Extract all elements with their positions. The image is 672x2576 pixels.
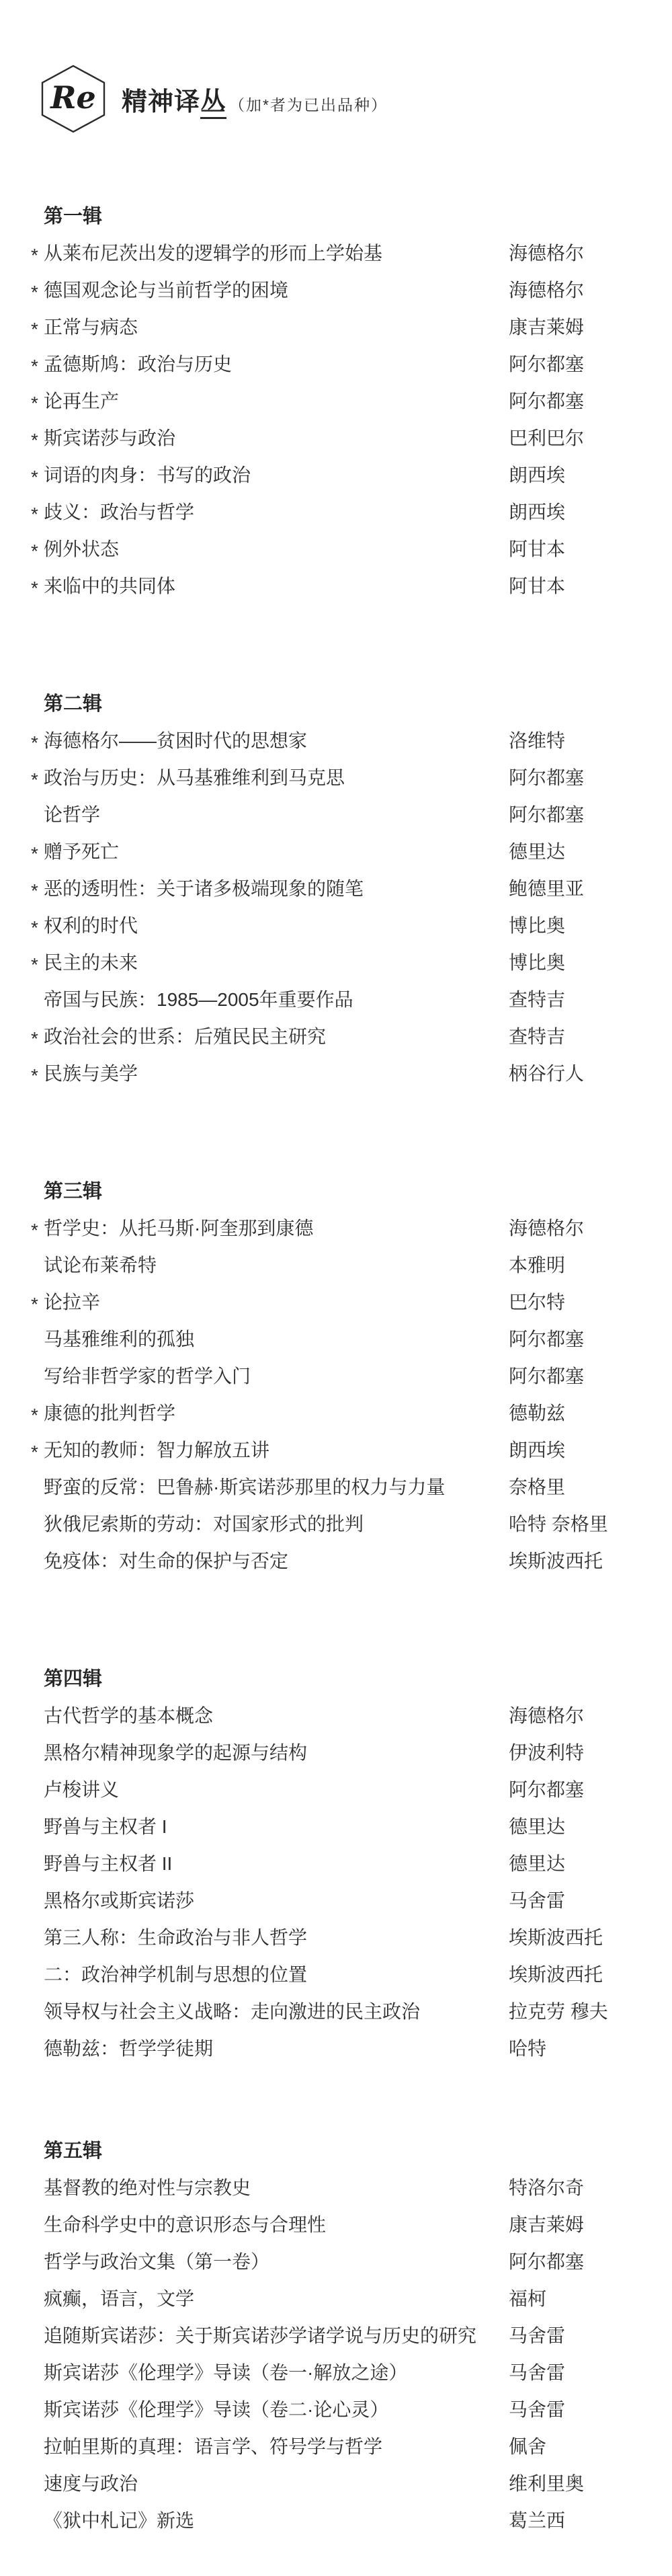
book-title: 二：政治神学机制与思想的位置 (44, 1964, 307, 1985)
book-title: 斯宾诺莎与政治 (44, 428, 175, 448)
book-author: 巴利巴尔 (509, 426, 645, 451)
book-row: 第三人称：生命政治与非人哲学 埃斯波西托 (44, 1926, 645, 1963)
book-author: 朗西埃 (509, 463, 645, 487)
book-title: 疯癫，语言，文学 (44, 2288, 194, 2309)
published-star-marker: * (31, 1403, 38, 1428)
book-author: 巴尔特 (509, 1290, 645, 1315)
book-title: 来临中的共同体 (44, 576, 175, 596)
published-star-marker: * (31, 354, 38, 379)
logo-monogram: Re (41, 65, 106, 133)
book-title-cell: 追随斯宾诺莎：关于斯宾诺莎学诸学说与历史的研究 (44, 2324, 509, 2348)
book-author: 柄谷行人 (509, 1062, 645, 1086)
book-title-cell: * 论拉辛 (44, 1290, 509, 1315)
book-title-cell: 野蛮的反常：巴鲁赫·斯宾诺莎那里的权力与力量 (44, 1475, 509, 1499)
book-title-cell: 帝国与民族：1985—2005年重要作品 (44, 988, 509, 1012)
book-row: * 正常与病态 康吉莱姆 (44, 315, 645, 352)
book-author: 埃斯波西托 (509, 1549, 645, 1573)
book-row: 黑格尔精神现象学的起源与结构 伊波利特 (44, 1741, 645, 1778)
book-row: 斯宾诺莎《伦理学》导读（卷二·论心灵） 马舍雷 (44, 2398, 645, 2435)
book-author: 德勒兹 (509, 1401, 645, 1426)
section-rows: * 从莱布尼茨出发的逻辑学的形而上学始基 海德格尔 * 德国观念论与当前哲学的困… (44, 241, 645, 611)
book-title: 权利的时代 (44, 915, 138, 936)
book-title-cell: 斯宾诺莎《伦理学》导读（卷一·解放之途） (44, 2361, 509, 2385)
book-author: 奈格里 (509, 1475, 645, 1499)
re-hexagon-logo-icon: Re (41, 65, 106, 133)
book-author: 德里达 (509, 1815, 645, 1839)
book-title-cell: 第三人称：生命政治与非人哲学 (44, 1926, 509, 1950)
book-title: 政治社会的世系：后殖民民主研究 (44, 1026, 326, 1047)
published-star-marker: * (31, 1218, 38, 1243)
book-author: 阿甘本 (509, 574, 645, 598)
book-row: * 恶的透明性：关于诸多极端现象的随笔 鲍德里亚 (44, 877, 645, 914)
book-title-cell: 领导权与社会主义战略：走向激进的民主政治 (44, 2000, 509, 2024)
book-row: 写给非哲学家的哲学入门 阿尔都塞 (44, 1364, 645, 1401)
book-row: 哲学与政治文集（第一卷） 阿尔都塞 (44, 2250, 645, 2287)
book-author: 哈特 奈格里 (509, 1512, 645, 1536)
book-title-cell: * 民族与美学 (44, 1062, 509, 1086)
book-author: 阿尔都塞 (509, 2250, 645, 2274)
section-rows: 基督教的绝对性与宗教史 特洛尔奇 生命科学史中的意识形态与合理性 康吉莱姆 哲学… (44, 2176, 645, 2546)
book-row: 免疫体：对生命的保护与否定 埃斯波西托 (44, 1549, 645, 1586)
series-title-underlined: 丛 (200, 88, 226, 119)
book-row: * 赠予死亡 德里达 (44, 840, 645, 877)
book-row: * 歧义：政治与哲学 朗西埃 (44, 500, 645, 537)
book-row: 德勒兹：哲学学徒期 哈特 (44, 2037, 645, 2074)
book-title: 从莱布尼茨出发的逻辑学的形而上学始基 (44, 243, 382, 264)
book-title: 词语的肉身：书写的政治 (44, 465, 251, 485)
book-row: 狄俄尼索斯的劳动：对国家形式的批判 哈特 奈格里 (44, 1512, 645, 1549)
book-title-cell: 论哲学 (44, 803, 509, 827)
book-row: 领导权与社会主义战略：走向激进的民主政治 拉克劳 穆夫 (44, 2000, 645, 2037)
book-author: 海德格尔 (509, 1704, 645, 1728)
book-row: * 无知的教师：智力解放五讲 朗西埃 (44, 1438, 645, 1475)
book-title-cell: * 例外状态 (44, 537, 509, 561)
book-title: 古代哲学的基本概念 (44, 1705, 213, 1726)
book-title-cell: 狄俄尼索斯的劳动：对国家形式的批判 (44, 1512, 509, 1536)
book-title: 民主的未来 (44, 952, 138, 973)
book-title-cell: 写给非哲学家的哲学入门 (44, 1364, 509, 1389)
book-title-cell: 试论布莱希特 (44, 1253, 509, 1278)
published-star-marker: * (31, 953, 38, 977)
book-title: 歧义：政治与哲学 (44, 502, 194, 522)
book-title-cell: 免疫体：对生命的保护与否定 (44, 1549, 509, 1573)
book-title: 恶的透明性：关于诸多极端现象的随笔 (44, 878, 364, 899)
book-title: 斯宾诺莎《伦理学》导读（卷二·论心灵） (44, 2399, 388, 2420)
book-author: 海德格尔 (509, 1216, 645, 1241)
published-star-marker: * (31, 465, 38, 490)
book-author: 阿尔都塞 (509, 803, 645, 827)
published-star-marker: * (31, 842, 38, 866)
book-author: 埃斯波西托 (509, 1926, 645, 1950)
book-title: 试论布莱希特 (44, 1255, 157, 1276)
book-title-cell: 《狱中札记》新选 (44, 2509, 509, 2533)
section-rows: * 海德格尔——贫困时代的思想家 洛维特 * 政治与历史：从马基雅维利到马克思 … (44, 729, 645, 1099)
book-author: 埃斯波西托 (509, 1963, 645, 1987)
book-author: 博比奥 (509, 914, 645, 938)
book-title: 领导权与社会主义战略：走向激进的民主政治 (44, 2001, 420, 2022)
section-rows: * 哲学史：从托马斯·阿奎那到康德 海德格尔 试论布莱希特 本雅明 * 论拉辛 … (44, 1216, 645, 1586)
book-title: 帝国与民族：1985—2005年重要作品 (44, 989, 353, 1010)
book-row: 野蛮的反常：巴鲁赫·斯宾诺莎那里的权力与力量 奈格里 (44, 1475, 645, 1512)
book-title: 例外状态 (44, 539, 119, 559)
book-title: 正常与病态 (44, 317, 138, 338)
series-section: 第五辑 基督教的绝对性与宗教史 特洛尔奇 生命科学史中的意识形态与合理性 康吉莱… (44, 2140, 645, 2546)
book-row: * 康德的批判哲学 德勒兹 (44, 1401, 645, 1438)
published-star-marker: * (31, 280, 38, 305)
book-author: 本雅明 (509, 1253, 645, 1278)
published-star-marker: * (31, 243, 38, 268)
published-star-marker: * (31, 391, 38, 416)
book-title-cell: 拉帕里斯的真理：语言学、符号学与哲学 (44, 2435, 509, 2459)
book-row: 二：政治神学机制与思想的位置 埃斯波西托 (44, 1963, 645, 2000)
book-row: * 从莱布尼茨出发的逻辑学的形而上学始基 海德格尔 (44, 241, 645, 278)
book-author: 阿尔都塞 (509, 766, 645, 790)
book-author: 佩舍 (509, 2435, 645, 2459)
series-section: 第一辑 * 从莱布尼茨出发的逻辑学的形而上学始基 海德格尔 * 德国观念论与当前… (44, 206, 645, 611)
book-author: 阿尔都塞 (509, 1364, 645, 1389)
book-title-cell: 野兽与主权者 II (44, 1852, 509, 1876)
book-row: 疯癫，语言，文学 福柯 (44, 2287, 645, 2324)
book-title-cell: * 权利的时代 (44, 914, 509, 938)
series-title-main: 精神译 (122, 88, 200, 116)
book-title-cell: 古代哲学的基本概念 (44, 1704, 509, 1728)
book-title-cell: 卢梭讲义 (44, 1778, 509, 1802)
published-star-marker: * (31, 317, 38, 342)
book-author: 维利里奥 (509, 2472, 645, 2496)
book-title-cell: 疯癫，语言，文学 (44, 2287, 509, 2311)
book-title: 马基雅维利的孤独 (44, 1329, 194, 1350)
published-star-marker: * (31, 879, 38, 903)
book-title-cell: * 哲学史：从托马斯·阿奎那到康德 (44, 1216, 509, 1241)
book-row: 追随斯宾诺莎：关于斯宾诺莎学诸学说与历史的研究 马舍雷 (44, 2324, 645, 2361)
book-row: 卢梭讲义 阿尔都塞 (44, 1778, 645, 1815)
book-row: * 论再生产 阿尔都塞 (44, 389, 645, 426)
book-title: 生命科学史中的意识形态与合理性 (44, 2214, 326, 2235)
book-title-cell: * 政治与历史：从马基雅维利到马克思 (44, 766, 509, 790)
book-row: * 民族与美学 柄谷行人 (44, 1062, 645, 1099)
series-subtitle-note: （加*者为已出品种） (229, 93, 388, 115)
sections-container: 第一辑 * 从莱布尼茨出发的逻辑学的形而上学始基 海德格尔 * 德国观念论与当前… (44, 206, 645, 2546)
book-author: 阿尔都塞 (509, 389, 645, 414)
book-title: 免疫体：对生命的保护与否定 (44, 1551, 288, 1571)
book-title: 黑格尔或斯宾诺莎 (44, 1890, 194, 1911)
book-title: 写给非哲学家的哲学入门 (44, 1366, 251, 1387)
book-title-cell: * 歧义：政治与哲学 (44, 500, 509, 524)
book-title: 第三人称：生命政治与非人哲学 (44, 1927, 307, 1948)
book-row: 野兽与主权者 II 德里达 (44, 1852, 645, 1889)
book-row: 古代哲学的基本概念 海德格尔 (44, 1704, 645, 1741)
book-title-cell: 基督教的绝对性与宗教史 (44, 2176, 509, 2200)
book-title-cell: * 论再生产 (44, 389, 509, 414)
book-author: 哈特 (509, 2037, 645, 2061)
book-title: 无知的教师：智力解放五讲 (44, 1440, 269, 1460)
book-title: 德国观念论与当前哲学的困境 (44, 280, 288, 301)
book-title-cell: * 从莱布尼茨出发的逻辑学的形而上学始基 (44, 241, 509, 266)
book-title-cell: * 恶的透明性：关于诸多极端现象的随笔 (44, 877, 509, 901)
book-row: * 哲学史：从托马斯·阿奎那到康德 海德格尔 (44, 1216, 645, 1253)
book-row: 拉帕里斯的真理：语言学、符号学与哲学 佩舍 (44, 2435, 645, 2472)
book-title-cell: * 民主的未来 (44, 951, 509, 975)
book-title-cell: * 斯宾诺莎与政治 (44, 426, 509, 451)
series-title: 精神译丛 (122, 81, 226, 118)
book-title: 野兽与主权者 I (44, 1816, 167, 1837)
book-row: * 民主的未来 博比奥 (44, 951, 645, 988)
section-label: 第五辑 (44, 2140, 645, 2162)
book-row: * 来临中的共同体 阿甘本 (44, 574, 645, 611)
book-author: 阿尔都塞 (509, 1778, 645, 1802)
book-author: 特洛尔奇 (509, 2176, 645, 2200)
book-title-cell: * 来临中的共同体 (44, 574, 509, 598)
book-author: 查特吉 (509, 1025, 645, 1049)
book-title-cell: 速度与政治 (44, 2472, 509, 2496)
book-row: 试论布莱希特 本雅明 (44, 1253, 645, 1290)
book-row: 《狱中札记》新选 葛兰西 (44, 2509, 645, 2546)
section-label: 第二辑 (44, 693, 645, 715)
book-title-cell: * 词语的肉身：书写的政治 (44, 463, 509, 487)
book-title-cell: * 德国观念论与当前哲学的困境 (44, 278, 509, 303)
book-title-cell: 野兽与主权者 I (44, 1815, 509, 1839)
published-star-marker: * (31, 428, 38, 453)
book-author: 葛兰西 (509, 2509, 645, 2533)
book-row: * 权利的时代 博比奥 (44, 914, 645, 951)
book-author: 康吉莱姆 (509, 315, 645, 340)
section-label: 第三辑 (44, 1181, 645, 1202)
book-title-cell: 黑格尔精神现象学的起源与结构 (44, 1741, 509, 1765)
series-brand-header: Re 精神译丛 （加*者为已出品种） (41, 0, 645, 133)
book-row: * 例外状态 阿甘本 (44, 537, 645, 574)
book-series-page: Re 精神译丛 （加*者为已出品种） 第一辑 * 从莱布尼茨出发的逻辑学的形而上… (0, 0, 672, 2576)
book-title: 追随斯宾诺莎：关于斯宾诺莎学诸学说与历史的研究 (44, 2325, 476, 2346)
book-row: * 孟德斯鸠：政治与历史 阿尔都塞 (44, 352, 645, 389)
book-title: 哲学与政治文集（第一卷） (44, 2251, 269, 2272)
section-label: 第一辑 (44, 206, 645, 227)
book-author: 马舍雷 (509, 2361, 645, 2385)
published-star-marker: * (31, 916, 38, 940)
book-author: 鲍德里亚 (509, 877, 645, 901)
book-title: 野兽与主权者 II (44, 1853, 172, 1874)
book-title: 哲学史：从托马斯·阿奎那到康德 (44, 1218, 313, 1239)
book-row: 野兽与主权者 I 德里达 (44, 1815, 645, 1852)
book-row: 基督教的绝对性与宗教史 特洛尔奇 (44, 2176, 645, 2213)
series-section: 第四辑 古代哲学的基本概念 海德格尔 黑格尔精神现象学的起源与结构 伊波利特 卢… (44, 1668, 645, 2074)
book-title-cell: 哲学与政治文集（第一卷） (44, 2250, 509, 2274)
book-author: 康吉莱姆 (509, 2213, 645, 2237)
published-star-marker: * (31, 1027, 38, 1051)
book-author: 海德格尔 (509, 278, 645, 303)
book-author: 查特吉 (509, 988, 645, 1012)
book-author: 朗西埃 (509, 500, 645, 524)
series-section: 第三辑 * 哲学史：从托马斯·阿奎那到康德 海德格尔 试论布莱希特 本雅明 * … (44, 1181, 645, 1586)
book-row: 生命科学史中的意识形态与合理性 康吉莱姆 (44, 2213, 645, 2250)
book-author: 洛维特 (509, 729, 645, 753)
book-title-cell: * 无知的教师：智力解放五讲 (44, 1438, 509, 1462)
book-title: 民族与美学 (44, 1063, 138, 1084)
book-row: * 海德格尔——贫困时代的思想家 洛维特 (44, 729, 645, 766)
book-title: 斯宾诺莎《伦理学》导读（卷一·解放之途） (44, 2362, 407, 2383)
published-star-marker: * (31, 1292, 38, 1317)
book-title: 狄俄尼索斯的劳动：对国家形式的批判 (44, 1514, 364, 1534)
book-row: 马基雅维利的孤独 阿尔都塞 (44, 1327, 645, 1364)
book-row: 斯宾诺莎《伦理学》导读（卷一·解放之途） 马舍雷 (44, 2361, 645, 2398)
published-star-marker: * (31, 576, 38, 600)
book-title: 德勒兹：哲学学徒期 (44, 2038, 213, 2059)
book-row: * 政治与历史：从马基雅维利到马克思 阿尔都塞 (44, 766, 645, 803)
published-star-marker: * (31, 502, 38, 526)
book-author: 德里达 (509, 840, 645, 864)
published-star-marker: * (31, 1440, 38, 1465)
book-row: * 词语的肉身：书写的政治 朗西埃 (44, 463, 645, 500)
book-title-cell: * 赠予死亡 (44, 840, 509, 864)
book-title-cell: 二：政治神学机制与思想的位置 (44, 1963, 509, 1987)
book-title-cell: * 康德的批判哲学 (44, 1401, 509, 1426)
brand-text: 精神译丛 （加*者为已出品种） (122, 81, 388, 118)
book-title-cell: 生命科学史中的意识形态与合理性 (44, 2213, 509, 2237)
published-star-marker: * (31, 768, 38, 792)
book-title: 拉帕里斯的真理：语言学、符号学与哲学 (44, 2436, 382, 2457)
book-title: 论再生产 (44, 391, 119, 412)
book-row: 黑格尔或斯宾诺莎 马舍雷 (44, 1889, 645, 1926)
series-section: 第二辑 * 海德格尔——贫困时代的思想家 洛维特 * 政治与历史：从马基雅维利到… (44, 693, 645, 1099)
book-title: 《狱中札记》新选 (44, 2510, 194, 2531)
book-title-cell: * 海德格尔——贫困时代的思想家 (44, 729, 509, 753)
book-author: 阿尔都塞 (509, 352, 645, 377)
book-title-cell: * 正常与病态 (44, 315, 509, 340)
book-author: 海德格尔 (509, 241, 645, 266)
book-author: 福柯 (509, 2287, 645, 2311)
book-author: 阿尔都塞 (509, 1327, 645, 1352)
book-title-cell: 德勒兹：哲学学徒期 (44, 2037, 509, 2061)
book-title: 速度与政治 (44, 2473, 138, 2494)
book-row: * 论拉辛 巴尔特 (44, 1290, 645, 1327)
book-title: 政治与历史：从马基雅维利到马克思 (44, 767, 345, 788)
section-rows: 古代哲学的基本概念 海德格尔 黑格尔精神现象学的起源与结构 伊波利特 卢梭讲义 … (44, 1704, 645, 2074)
book-title: 海德格尔——贫困时代的思想家 (44, 730, 307, 751)
book-author: 博比奥 (509, 951, 645, 975)
book-title: 黑格尔精神现象学的起源与结构 (44, 1742, 307, 1763)
book-author: 马舍雷 (509, 1889, 645, 1913)
book-title-cell: 斯宾诺莎《伦理学》导读（卷二·论心灵） (44, 2398, 509, 2422)
published-star-marker: * (31, 731, 38, 755)
book-row: 帝国与民族：1985—2005年重要作品 查特吉 (44, 988, 645, 1025)
book-title: 论拉辛 (44, 1292, 100, 1313)
book-title-cell: 黑格尔或斯宾诺莎 (44, 1889, 509, 1913)
book-title: 野蛮的反常：巴鲁赫·斯宾诺莎那里的权力与力量 (44, 1477, 445, 1497)
book-author: 拉克劳 穆夫 (509, 2000, 645, 2024)
book-row: * 政治社会的世系：后殖民民主研究 查特吉 (44, 1025, 645, 1062)
book-author: 德里达 (509, 1852, 645, 1876)
book-author: 马舍雷 (509, 2324, 645, 2348)
book-row: * 斯宾诺莎与政治 巴利巴尔 (44, 426, 645, 463)
book-author: 马舍雷 (509, 2398, 645, 2422)
book-title-cell: * 政治社会的世系：后殖民民主研究 (44, 1025, 509, 1049)
book-author: 朗西埃 (509, 1438, 645, 1462)
book-title: 论哲学 (44, 804, 100, 825)
book-author: 伊波利特 (509, 1741, 645, 1765)
book-row: 论哲学 阿尔都塞 (44, 803, 645, 840)
book-author: 阿甘本 (509, 537, 645, 561)
book-title: 卢梭讲义 (44, 1779, 119, 1800)
book-row: 速度与政治 维利里奥 (44, 2472, 645, 2509)
book-title: 基督教的绝对性与宗教史 (44, 2177, 251, 2198)
book-title-cell: * 孟德斯鸠：政治与历史 (44, 352, 509, 377)
book-title: 赠予死亡 (44, 841, 119, 862)
book-title: 孟德斯鸠：政治与历史 (44, 354, 232, 375)
book-title: 康德的批判哲学 (44, 1403, 175, 1423)
book-row: * 德国观念论与当前哲学的困境 海德格尔 (44, 278, 645, 315)
published-star-marker: * (31, 539, 38, 563)
published-star-marker: * (31, 1064, 38, 1088)
section-label: 第四辑 (44, 1668, 645, 1690)
book-title-cell: 马基雅维利的孤独 (44, 1327, 509, 1352)
